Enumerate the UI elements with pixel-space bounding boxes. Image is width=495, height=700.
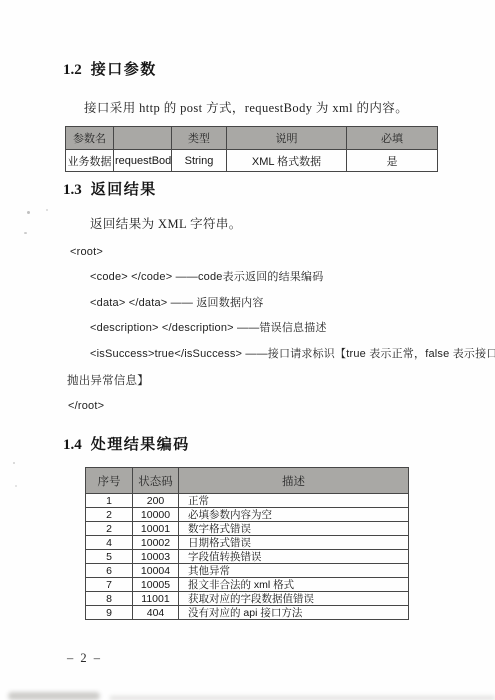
scan-speck xyxy=(27,211,30,214)
section-number: 1.2 xyxy=(63,62,82,78)
cell-param-label: 业务数据 xyxy=(66,150,114,172)
column-header-index: 序号 xyxy=(86,468,133,494)
section-title: 接口参数 xyxy=(91,61,157,78)
scan-speck xyxy=(15,485,17,487)
cell-status-code: 11001 xyxy=(133,592,179,606)
scan-speck xyxy=(24,232,27,234)
cell-status-code: 10004 xyxy=(133,564,179,578)
parameter-table-header-row: 参数名 类型 说明 必填 xyxy=(66,127,438,150)
cell-status-code: 10002 xyxy=(133,536,179,550)
cell-status-code: 404 xyxy=(133,606,179,620)
xml-line-root-close: </root> xyxy=(68,400,104,413)
column-header-required: 必填 xyxy=(347,127,438,150)
scan-speck xyxy=(13,462,15,464)
table-row: 7 10005 报文非合法的 xml 格式 xyxy=(86,578,409,592)
column-header-empty xyxy=(114,127,172,150)
table-row: 1 200 正常 xyxy=(86,494,409,508)
cell-description: 没有对应的 api 接口方法 xyxy=(179,606,409,620)
cell-index: 1 xyxy=(86,494,133,508)
column-header-type: 类型 xyxy=(172,127,227,150)
cell-description: 字段值转换错误 xyxy=(179,550,409,564)
scan-shadow xyxy=(8,692,100,700)
cell-status-code: 10003 xyxy=(133,550,179,564)
xml-line-description: <description> </description> ——错误信息描述 xyxy=(90,322,327,335)
result-table-body: 1 200 正常 2 10000 必填参数内容为空 2 10001 数字格式错误 xyxy=(86,494,409,620)
section-number: 1.4 xyxy=(63,437,82,453)
cell-index: 8 xyxy=(86,592,133,606)
table-row: 4 10002 日期格式错误 xyxy=(86,536,409,550)
column-header-status-code: 状态码 xyxy=(133,468,179,494)
column-header-desc: 描述 xyxy=(179,468,409,494)
xml-line-code: <code> </code> ——code表示返回的结果编码 xyxy=(90,271,323,284)
result-table-header-row: 序号 状态码 描述 xyxy=(86,468,409,494)
cell-description: 其他异常 xyxy=(179,564,409,578)
section-1-2-intro: 接口采用 http 的 post 方式，requestBody 为 xml 的内… xyxy=(84,101,408,116)
cell-index: 2 xyxy=(86,522,133,536)
section-heading-1-3: 1.3返回结果 xyxy=(63,181,157,199)
xml-line-root-open: <root> xyxy=(70,246,103,259)
cell-description: 数字格式错误 xyxy=(179,522,409,536)
cell-param-required: 是 xyxy=(347,150,438,172)
cell-status-code: 10005 xyxy=(133,578,179,592)
cell-param-name: requestBody xyxy=(114,150,172,172)
table-row: 2 10000 必填参数内容为空 xyxy=(86,508,409,522)
cell-index: 4 xyxy=(86,536,133,550)
xml-line-data: <data> </data> —— 返回数据内容 xyxy=(90,297,264,310)
cell-index: 6 xyxy=(86,564,133,578)
scan-shadow xyxy=(110,696,495,700)
table-row: 5 10003 字段值转换错误 xyxy=(86,550,409,564)
table-row: 9 404 没有对应的 api 接口方法 xyxy=(86,606,409,620)
xml-line-exception-note: 抛出异常信息】 xyxy=(67,375,149,388)
cell-index: 2 xyxy=(86,508,133,522)
section-title: 返回结果 xyxy=(91,181,157,198)
cell-status-code: 10000 xyxy=(133,508,179,522)
column-header-description: 说明 xyxy=(227,127,347,150)
column-header-param-name: 参数名 xyxy=(66,127,114,150)
parameter-table-row: 业务数据 requestBody String XML 格式数据 是 xyxy=(66,150,438,172)
cell-description: 日期格式错误 xyxy=(179,536,409,550)
document-page: 1.2接口参数 接口采用 http 的 post 方式，requestBody … xyxy=(0,0,495,700)
cell-description: 获取对应的字段数据值错误 xyxy=(179,592,409,606)
table-row: 6 10004 其他异常 xyxy=(86,564,409,578)
cell-status-code: 200 xyxy=(133,494,179,508)
result-code-table: 序号 状态码 描述 1 200 正常 2 10000 必填参数内容为空 xyxy=(85,467,409,620)
xml-line-issuccess: <isSuccess>true</isSuccess> ——接口请求标识【tru… xyxy=(90,348,495,361)
cell-description: 报文非合法的 xml 格式 xyxy=(179,578,409,592)
cell-index: 5 xyxy=(86,550,133,564)
cell-index: 7 xyxy=(86,578,133,592)
cell-param-type: String xyxy=(172,150,227,172)
cell-index: 9 xyxy=(86,606,133,620)
section-heading-1-4: 1.4处理结果编码 xyxy=(63,436,190,454)
section-number: 1.3 xyxy=(63,182,82,198)
scan-speck xyxy=(46,209,48,211)
section-1-3-intro: 返回结果为 XML 字符串。 xyxy=(90,217,242,232)
cell-param-description: XML 格式数据 xyxy=(227,150,347,172)
page-number: – 2 – xyxy=(67,651,102,666)
section-title: 处理结果编码 xyxy=(91,436,190,453)
cell-status-code: 10001 xyxy=(133,522,179,536)
section-heading-1-2: 1.2接口参数 xyxy=(63,61,157,79)
table-row: 2 10001 数字格式错误 xyxy=(86,522,409,536)
cell-description: 必填参数内容为空 xyxy=(179,508,409,522)
table-row: 8 11001 获取对应的字段数据值错误 xyxy=(86,592,409,606)
cell-description: 正常 xyxy=(179,494,409,508)
parameter-table: 参数名 类型 说明 必填 业务数据 requestBody String XML… xyxy=(65,126,438,172)
